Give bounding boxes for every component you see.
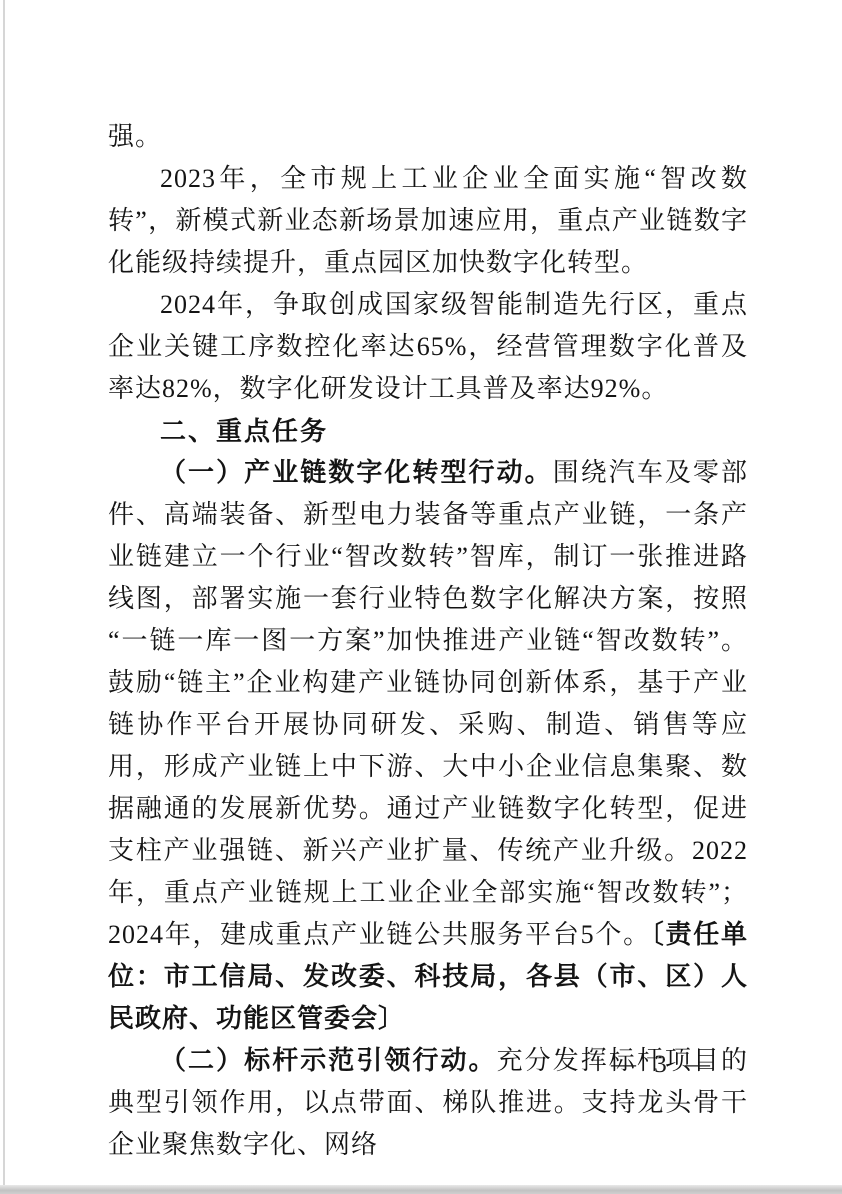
paragraph-2024-goals: 2024年，争取创成国家级智能制造先行区，重点企业关键工序数控化率达65%，经营… xyxy=(108,284,748,410)
scan-page-edge-bottom xyxy=(0,1185,842,1194)
scan-page-edge-left xyxy=(3,0,5,1194)
document-page-scan: { "content": { "continuation": "强。", "pa… xyxy=(0,0,842,1194)
page-number: — 3 — xyxy=(611,1050,716,1080)
task-1-body: 围绕汽车及零部件、高端装备、新型电力装备等重点产业链，一条产业链建立一个行业“智… xyxy=(108,458,748,949)
paragraph-task-1: （一）产业链数字化转型行动。围绕汽车及零部件、高端装备、新型电力装备等重点产业链… xyxy=(108,452,748,1040)
task-2-title: （二）标杆示范引领行动。 xyxy=(160,1046,497,1075)
paragraph-continuation: 强。 xyxy=(108,116,748,158)
paragraph-2023-goals: 2023年，全市规上工业企业全面实施“智改数转”，新模式新业态新场景加速应用，重… xyxy=(108,158,748,284)
section-heading-key-tasks: 二、重点任务 xyxy=(108,410,748,452)
task-1-title: （一）产业链数字化转型行动。 xyxy=(160,458,553,487)
document-body-text: 强。 2023年，全市规上工业企业全面实施“智改数转”，新模式新业态新场景加速应… xyxy=(108,116,748,1166)
